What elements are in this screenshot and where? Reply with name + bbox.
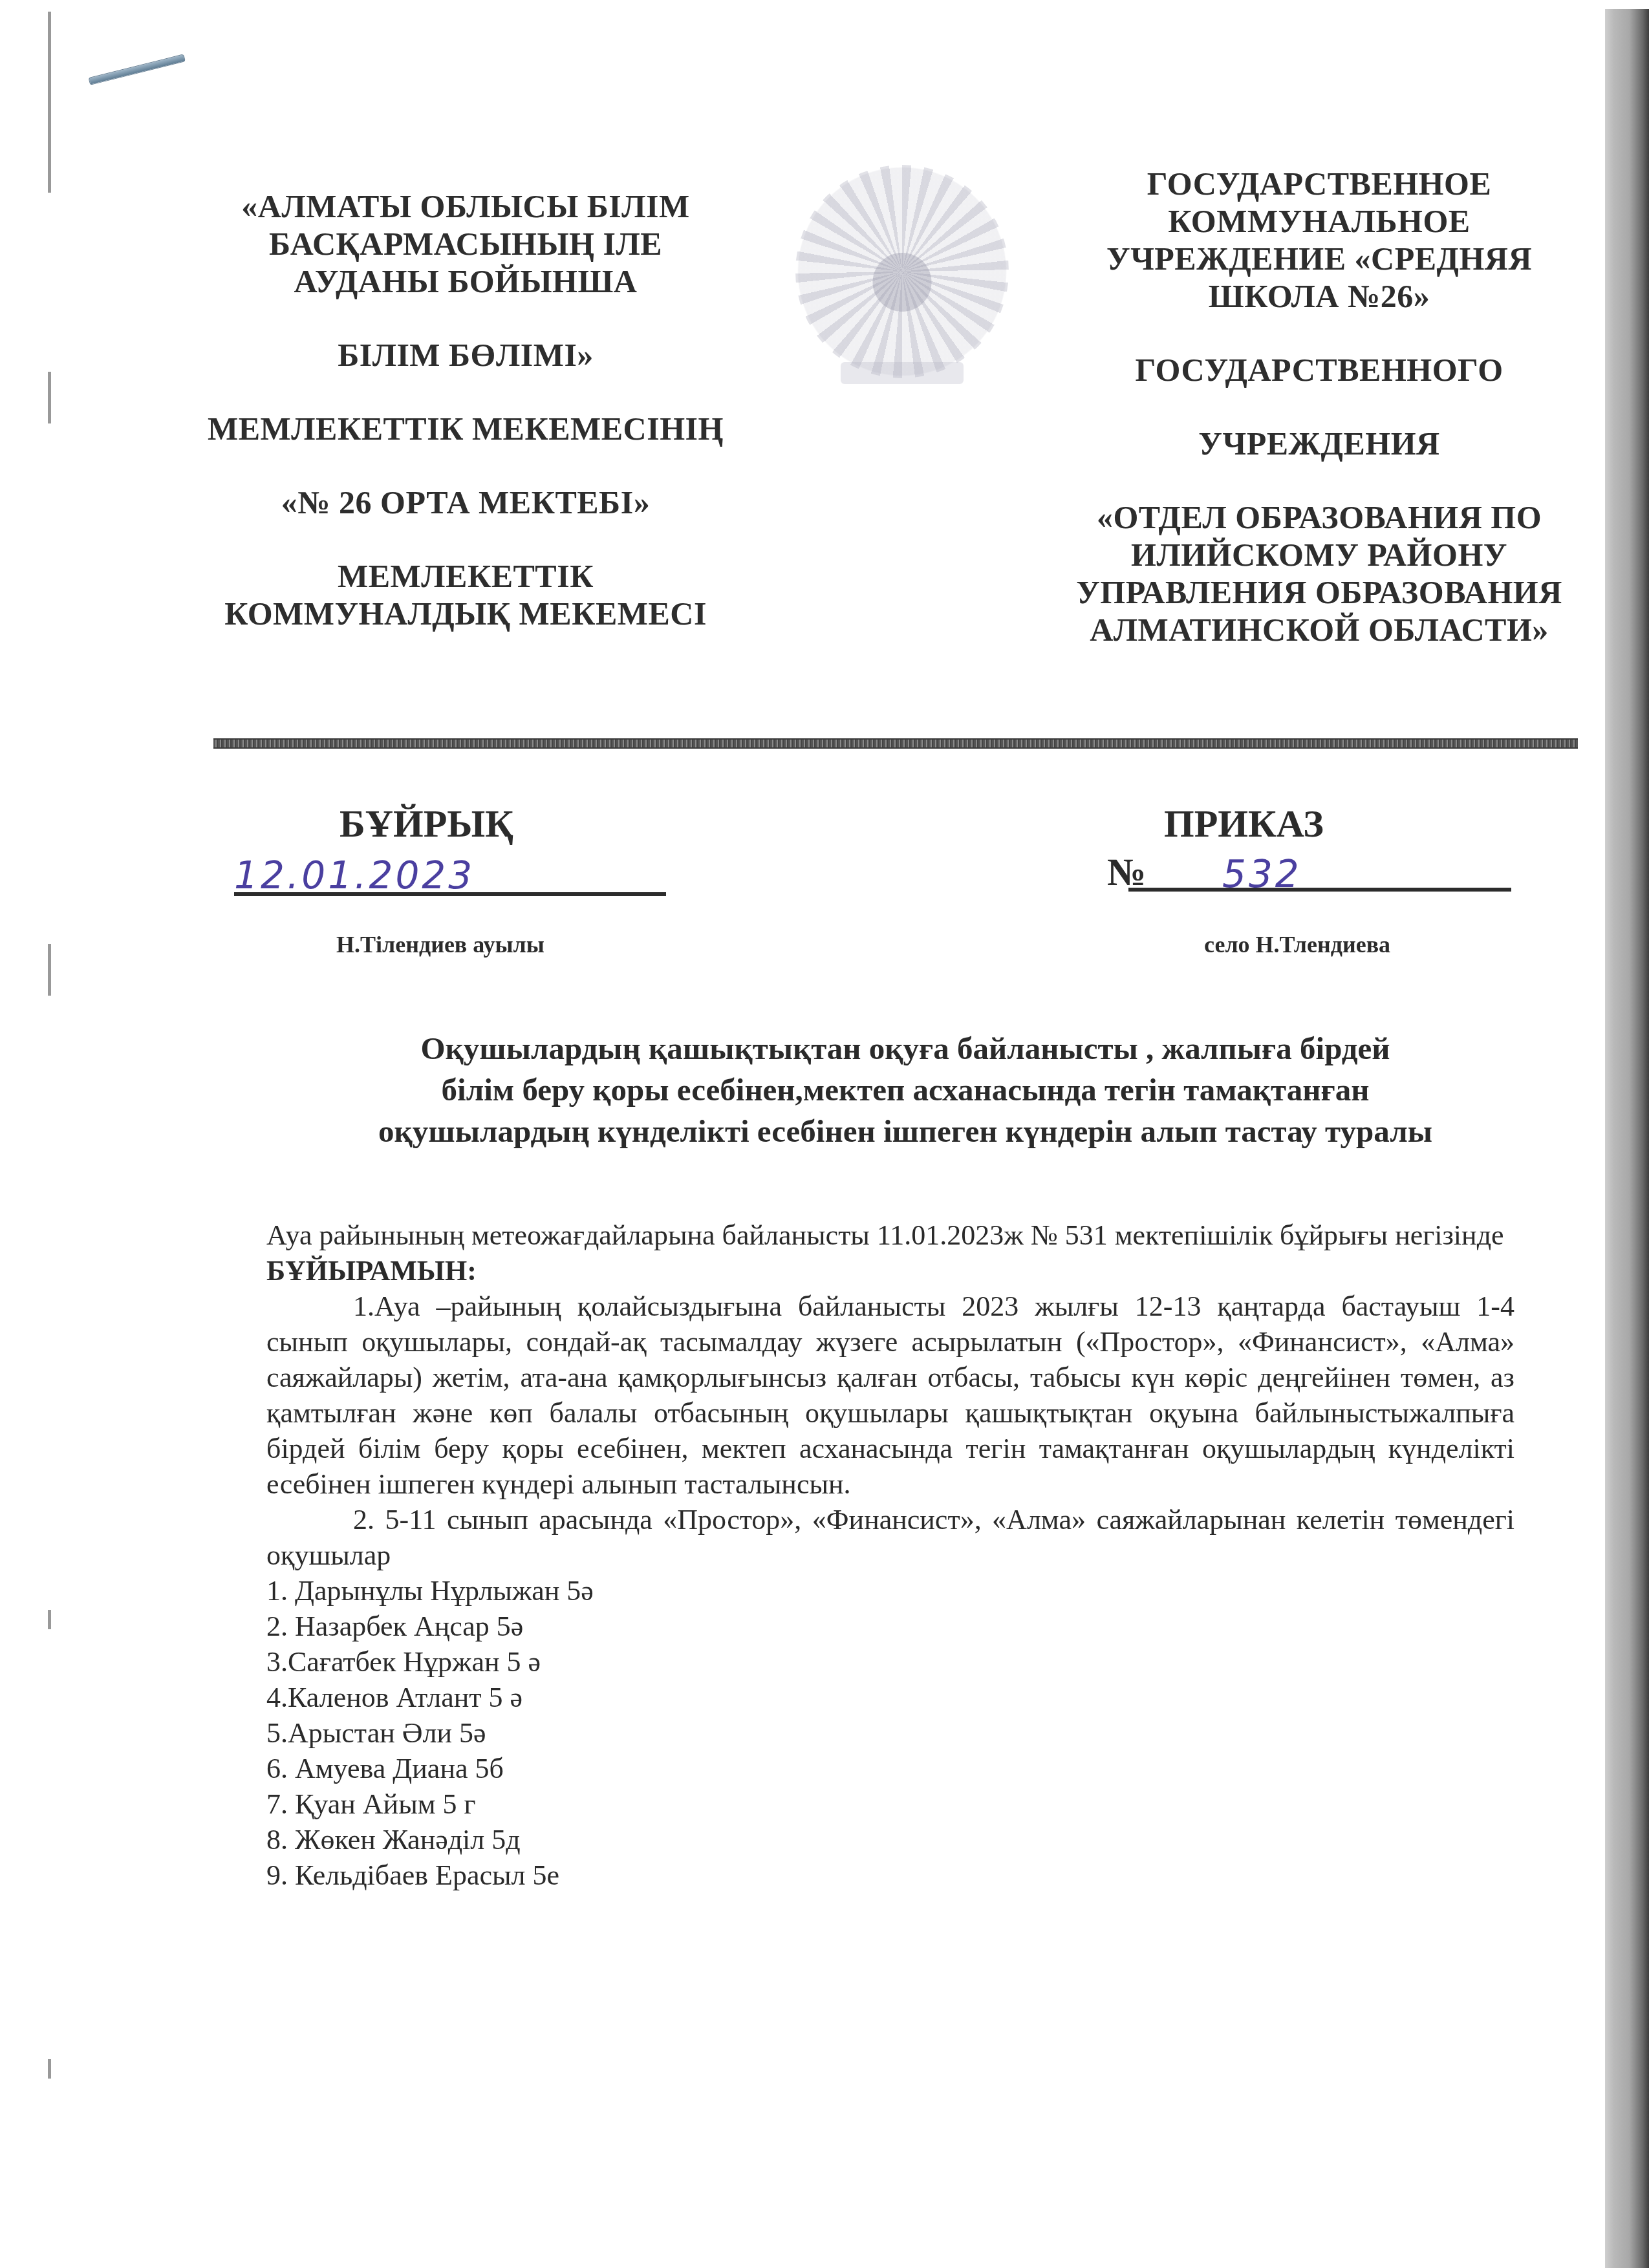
header-russian: ГОСУДАРСТВЕННОЕ КОММУНАЛЬНОЕ УЧРЕЖДЕНИЕ … xyxy=(1054,165,1584,648)
header-kz-line: МЕМЛЕКЕТТІК МЕКЕМЕСІНІҢ xyxy=(194,410,737,447)
header-ru-line: ГОСУДАРСТВЕННОЕ xyxy=(1054,165,1584,202)
scan-page-edge xyxy=(1605,9,1649,2268)
header-kz-line: «№ 26 ОРТА МЕКТЕБІ» xyxy=(194,484,737,521)
list-item: 6. Амуева Диана 5б xyxy=(266,1751,1514,1786)
intro-paragraph: Ауа райынының метеожағдайларына байланыс… xyxy=(266,1217,1514,1289)
list-item: 8. Жөкен Жанәділ 5д xyxy=(266,1822,1514,1857)
header-kz-line: «АЛМАТЫ ОБЛЫСЫ БІЛІМ xyxy=(194,187,737,225)
staple-mark xyxy=(89,54,186,85)
order-label-ru: ПРИКАЗ xyxy=(1164,802,1324,846)
item-1: 1.Ауа –райының қолайсыздығына байланысты… xyxy=(266,1289,1514,1502)
emblem-base xyxy=(841,362,964,384)
header-kz-line: БІЛІМ БӨЛІМІ» xyxy=(194,336,737,374)
header-ru-line: «ОТДЕЛ ОБРАЗОВАНИЯ ПО xyxy=(1054,498,1584,536)
list-item: 7. Қуан Айым 5 г xyxy=(266,1786,1514,1822)
header-kazakh: «АЛМАТЫ ОБЛЫСЫ БІЛІМ БАСҚАРМАСЫНЫҢ ІЛЕ А… xyxy=(194,187,737,632)
state-emblem-icon xyxy=(795,165,1009,378)
title-line: Оқушылардың қашықтықтан оқуға байланысты… xyxy=(272,1028,1539,1069)
header-ru-line: ГОСУДАРСТВЕННОГО xyxy=(1054,351,1584,389)
list-item: 1. Дарынұлы Нұрлыжан 5ә xyxy=(266,1573,1514,1609)
intro-command: БҰЙЫРАМЫН: xyxy=(266,1255,477,1287)
place-kz: Н.Тілендиев ауылы xyxy=(336,931,544,958)
order-title: Оқушылардың қашықтықтан оқуға байланысты… xyxy=(272,1028,1539,1152)
order-body: Ауа райынының метеожағдайларына байланыс… xyxy=(266,1217,1514,1893)
scan-artifact xyxy=(48,12,51,193)
header-ru-line: УПРАВЛЕНИЯ ОБРАЗОВАНИЯ xyxy=(1054,573,1584,611)
scan-artifact xyxy=(48,1610,51,1629)
header-ru-line: КОММУНАЛЬНОЕ xyxy=(1054,202,1584,240)
list-item: 3.Сағатбек Нұржан 5 ә xyxy=(266,1644,1514,1680)
title-line: білім беру қоры есебінен,мектеп асханасы… xyxy=(272,1069,1539,1111)
scan-artifact xyxy=(48,944,51,996)
title-line: оқушылардың күнделікті есебінен ішпеген … xyxy=(272,1111,1539,1152)
header-kz-line: КОММУНАЛДЫҚ МЕКЕМЕСІ xyxy=(194,595,737,632)
scan-artifact xyxy=(48,372,51,423)
place-ru: село Н.Тлендиева xyxy=(1204,931,1390,958)
header-ru-line: УЧРЕЖДЕНИЯ xyxy=(1054,425,1584,462)
students-list: 1. Дарынұлы Нұрлыжан 5ә 2. Назарбек Аңса… xyxy=(266,1573,1514,1893)
header-divider xyxy=(213,738,1578,749)
header-kz-line: АУДАНЫ БОЙЫНША xyxy=(194,262,737,300)
list-item: 9. Кельдібаев Ерасыл 5е xyxy=(266,1857,1514,1893)
header-kz-line: МЕМЛЕКЕТТІК xyxy=(194,557,737,595)
header-ru-line: ШКОЛА №26» xyxy=(1054,277,1584,315)
header-ru-line: АЛМАТИНСКОЙ ОБЛАСТИ» xyxy=(1054,611,1584,648)
number-underline xyxy=(1128,888,1511,892)
list-item: 2. Назарбек Аңсар 5ә xyxy=(266,1609,1514,1644)
header-ru-line: ИЛИЙСКОМУ РАЙОНУ xyxy=(1054,536,1584,573)
list-item: 5.Арыстан Әли 5ә xyxy=(266,1715,1514,1751)
scan-artifact xyxy=(48,2059,51,2079)
order-label-kz: БҰЙРЫҚ xyxy=(339,802,513,846)
intro-text: Ауа райынының метеожағдайларына байланыс… xyxy=(266,1219,1504,1251)
header-kz-line: БАСҚАРМАСЫНЫҢ ІЛЕ xyxy=(194,225,737,262)
header-ru-line: УЧРЕЖДЕНИЕ «СРЕДНЯЯ xyxy=(1054,240,1584,277)
date-underline xyxy=(234,892,666,896)
order-date-handwritten: 12.01.2023 xyxy=(234,853,475,897)
item-2: 2. 5-11 сынып арасында «Простор», «Финан… xyxy=(266,1502,1514,1573)
list-item: 4.Каленов Атлант 5 ә xyxy=(266,1680,1514,1715)
